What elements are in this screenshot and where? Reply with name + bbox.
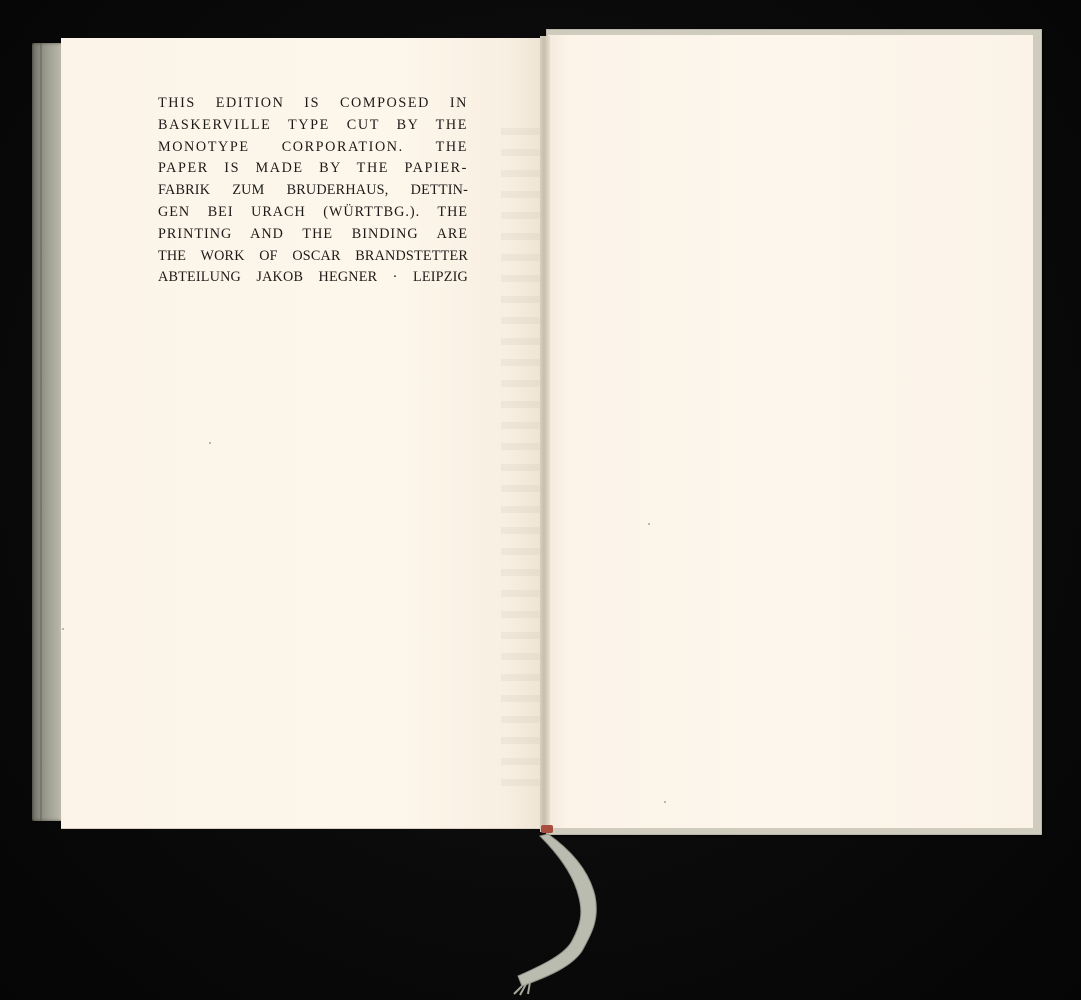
left-cover-edge [32, 43, 64, 821]
show-through-text [501, 128, 541, 788]
paper-speck [664, 801, 666, 803]
colophon-line-4: PAPER IS MADE BY THE PAPIER- [158, 158, 468, 180]
book-gutter [540, 36, 550, 832]
book-scan-scene: THIS EDITION IS COMPOSED IN BASKERVILLE … [0, 0, 1081, 1000]
colophon-line-5: FABRIK ZUM BRUDERHAUS, DETTIN- [158, 180, 468, 202]
colophon-line-2: BASKERVILLE TYPE CUT BY THE [158, 115, 468, 137]
colophon-line-6: GEN BEI URACH (WÜRTTBG.). THE [158, 202, 468, 224]
bookmark-ribbon-icon [510, 826, 610, 996]
right-page-blank [548, 35, 1033, 828]
colophon-line-8: THE WORK OF OSCAR BRANDSTETTER [158, 246, 468, 268]
paper-speck [648, 523, 650, 525]
left-page: THIS EDITION IS COMPOSED IN BASKERVILLE … [61, 38, 545, 828]
paper-speck [209, 442, 211, 444]
paper-speck [62, 628, 64, 630]
colophon-line-7: PRINTING AND THE BINDING ARE [158, 224, 468, 246]
colophon-text: THIS EDITION IS COMPOSED IN BASKERVILLE … [158, 93, 468, 289]
colophon-line-9: ABTEILUNG JAKOB HEGNER · LEIPZIG [158, 267, 468, 289]
colophon-line-1: THIS EDITION IS COMPOSED IN [158, 93, 468, 115]
colophon-line-3: MONOTYPE CORPORATION. THE [158, 137, 468, 159]
